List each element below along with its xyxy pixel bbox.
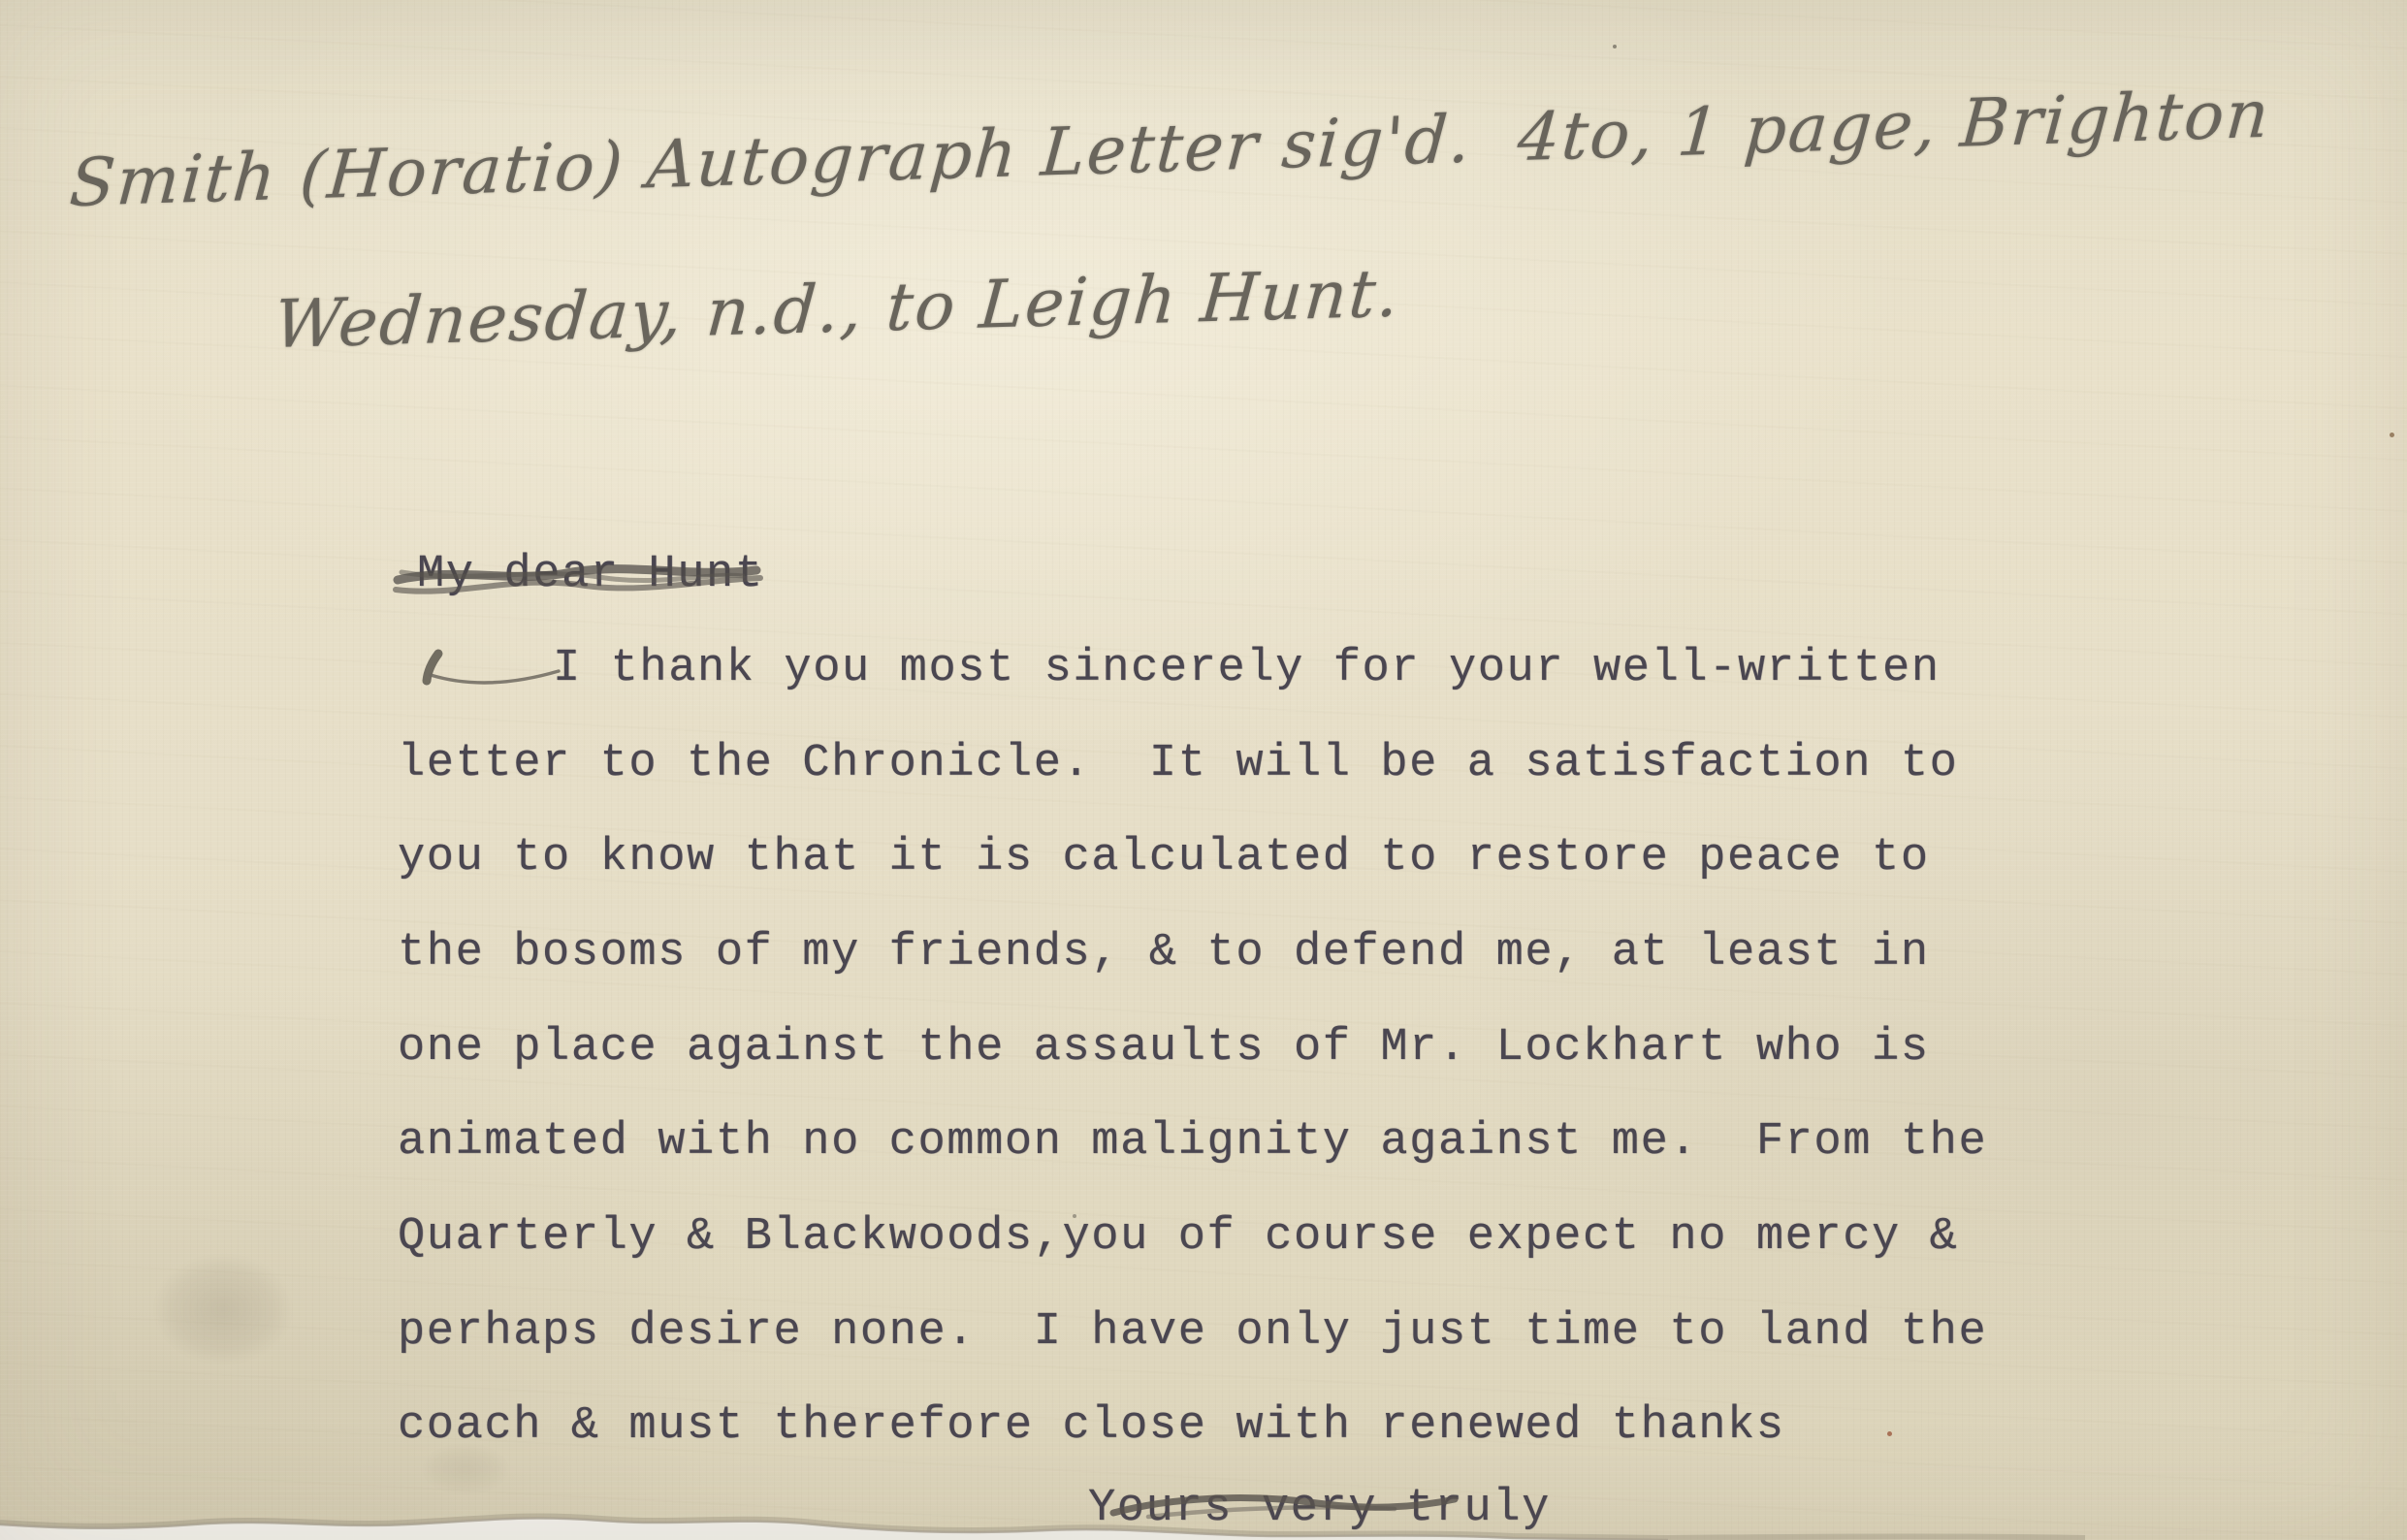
typed-salutation: My dear Hunt — [417, 552, 764, 597]
paper-speck — [1613, 45, 1617, 48]
typed-line: animated with no common malignity agains… — [398, 1119, 1987, 1165]
typed-line: you to know that it is calculated to res… — [398, 835, 1930, 881]
annotation-line-1: Smith (Horatio) Autograph Letter sig'd. … — [67, 77, 2273, 223]
paper-speck — [2390, 433, 2394, 437]
letter-scan: Smith (Horatio) Autograph Letter sig'd. … — [0, 0, 2407, 1540]
typed-line: I thank you most sincerely for your well… — [398, 646, 1941, 691]
typed-line: coach & must therefore close with renewe… — [398, 1403, 1785, 1449]
typed-line: Quarterly & Blackwoods,you of course exp… — [398, 1214, 1958, 1260]
paper-speck — [1887, 1431, 1892, 1436]
typed-closing: Yours very truly — [1088, 1486, 1551, 1531]
typed-line: letter to the Chronicle. It will be a sa… — [398, 741, 1958, 786]
typed-line: the bosoms of my friends, & to defend me… — [398, 930, 1930, 976]
typed-line: perhaps desire none. I have only just ti… — [398, 1309, 1987, 1355]
annotation-line-2: Wednesday, n.d., to Leigh Hunt. — [272, 255, 1403, 364]
typed-line: one place against the assaults of Mr. Lo… — [398, 1025, 1930, 1071]
paper-smudge — [131, 1236, 315, 1382]
